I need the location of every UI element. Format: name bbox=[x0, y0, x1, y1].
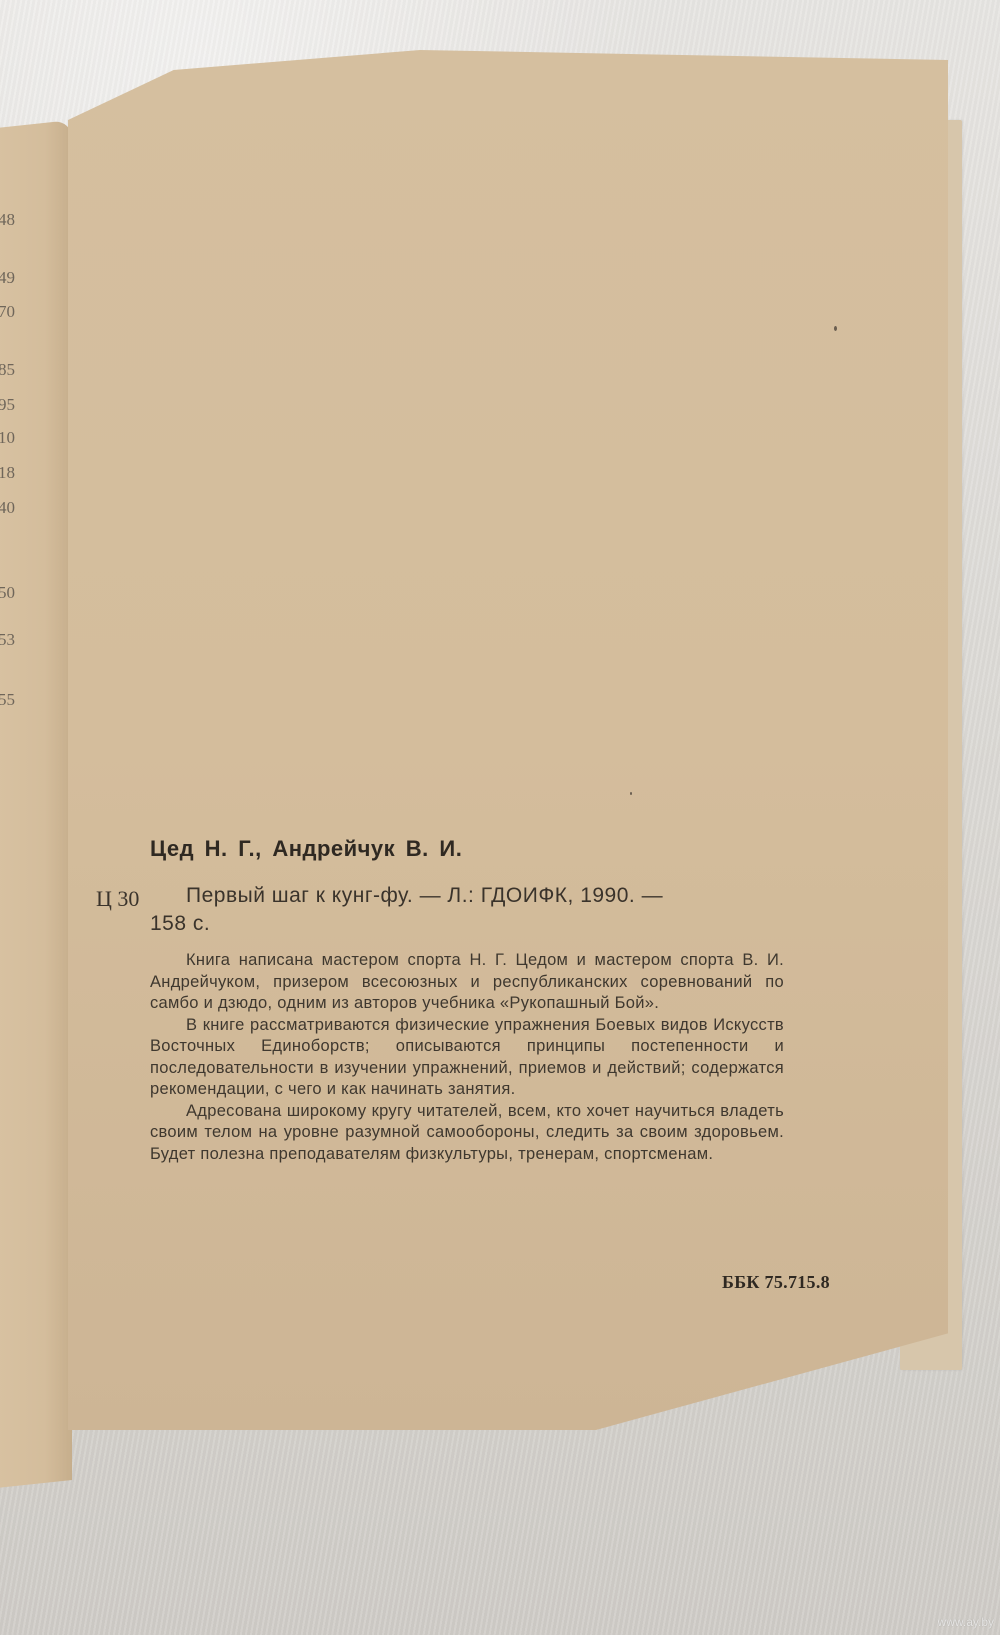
annotation-paragraph: Адресована широкому кругу читателей, все… bbox=[150, 1101, 784, 1166]
authors-heading: Цед Н. Г., Андрейчук В. И. bbox=[150, 836, 462, 862]
page-count: 158 с. bbox=[150, 912, 210, 936]
bbk-classification: ББК 75.715.8 bbox=[722, 1272, 830, 1293]
paper-speck bbox=[834, 326, 837, 331]
catalog-code: Ц 30 bbox=[96, 886, 139, 912]
paper-speck bbox=[630, 792, 632, 795]
imprint-content: Цед Н. Г., Андрейчук В. И. Ц 30 Первый ш… bbox=[0, 0, 1000, 1635]
annotation-paragraph: В книге рассматриваются физические упраж… bbox=[150, 1015, 784, 1101]
annotation: Книга написана мастером спорта Н. Г. Цед… bbox=[150, 950, 784, 1165]
watermark: www.ay.by bbox=[938, 1615, 994, 1629]
annotation-paragraph: Книга написана мастером спорта Н. Г. Цед… bbox=[150, 950, 784, 1015]
bibliographic-title: Первый шаг к кунг-фу. — Л.: ГДОИФК, 1990… bbox=[186, 880, 786, 912]
